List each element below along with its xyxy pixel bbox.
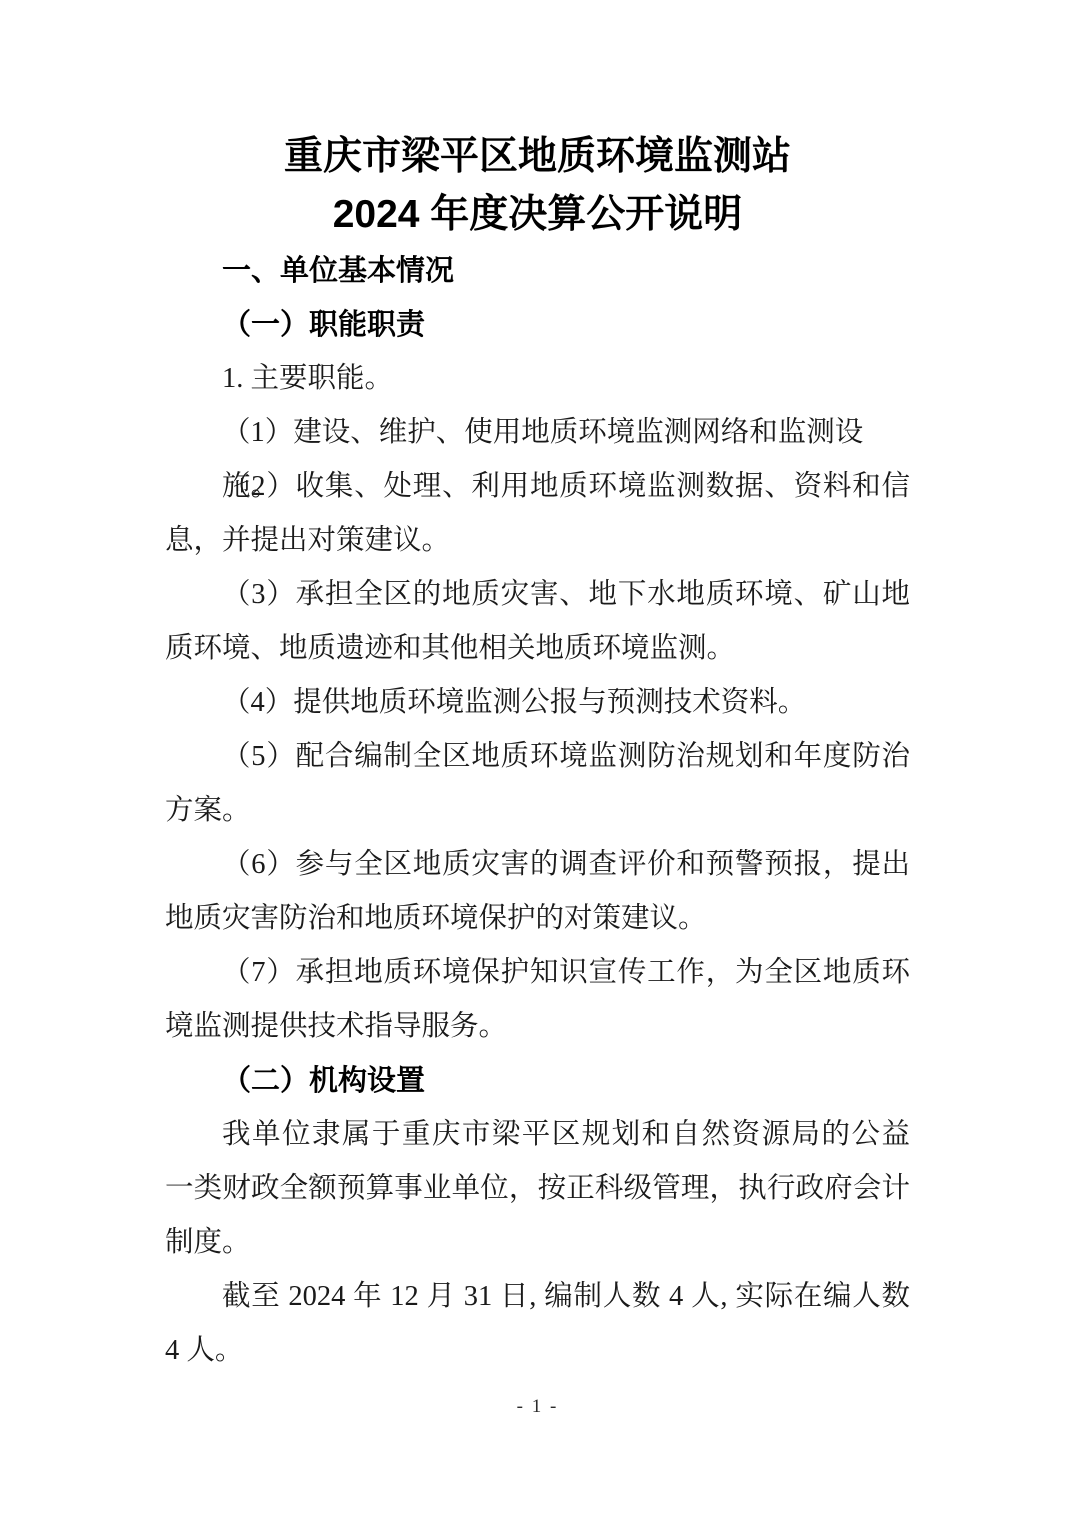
subsection-heading-1: （一）职能职责 — [165, 298, 910, 352]
section-heading-1: 一、单位基本情况 — [165, 244, 910, 298]
doc-title-line-2: 2024 年度决算公开说明 — [165, 186, 910, 244]
document-page: 重庆市梁平区地质环境监测站 2024 年度决算公开说明 一、单位基本情况 （一）… — [0, 0, 1075, 1520]
paragraph-line: （7）承担地质环境保护知识宣传工作，为全区地质环 — [165, 946, 910, 1000]
paragraph-line: （5）配合编制全区地质环境监测防治规划和年度防治 — [165, 730, 910, 784]
paragraph-line: 方案。 — [165, 784, 910, 838]
page-number: - 1 - — [0, 1396, 1075, 1418]
paragraph-line: （4）提供地质环境监测公报与预测技术资料。 — [165, 676, 910, 730]
paragraph-line: 境监测提供技术指导服务。 — [165, 1000, 910, 1054]
paragraph-line: 截至 2024 年 12 月 31 日, 编制人数 4 人, 实际在编人数 — [165, 1270, 910, 1324]
paragraph-line: 息，并提出对策建议。 — [165, 514, 910, 568]
paragraph-line: （3）承担全区的地质灾害、地下水地质环境、矿山地 — [165, 568, 910, 622]
paragraph-line: 一类财政全额预算事业单位，按正科级管理，执行政府会计 — [165, 1162, 910, 1216]
paragraph-line: 地质灾害防治和地质环境保护的对策建议。 — [165, 892, 910, 946]
paragraph-line: （6）参与全区地质灾害的调查评价和预警预报，提出 — [165, 838, 910, 892]
paragraph-line: 质环境、地质遗迹和其他相关地质环境监测。 — [165, 622, 910, 676]
paragraph-line: 我单位隶属于重庆市梁平区规划和自然资源局的公益 — [165, 1108, 910, 1162]
paragraph-line: （1）建设、维护、使用地质环境监测网络和监测设施。 — [165, 406, 910, 460]
paragraph-line: 1. 主要职能。 — [165, 352, 910, 406]
doc-title-line-1: 重庆市梁平区地质环境监测站 — [165, 128, 910, 186]
subsection-heading-2: （二）机构设置 — [165, 1054, 910, 1108]
paragraph-line: 制度。 — [165, 1216, 910, 1270]
paragraph-line: （2）收集、处理、利用地质环境监测数据、资料和信 — [165, 460, 910, 514]
paragraph-line: 4 人。 — [165, 1324, 910, 1378]
document-content: 重庆市梁平区地质环境监测站 2024 年度决算公开说明 一、单位基本情况 （一）… — [165, 128, 910, 1378]
